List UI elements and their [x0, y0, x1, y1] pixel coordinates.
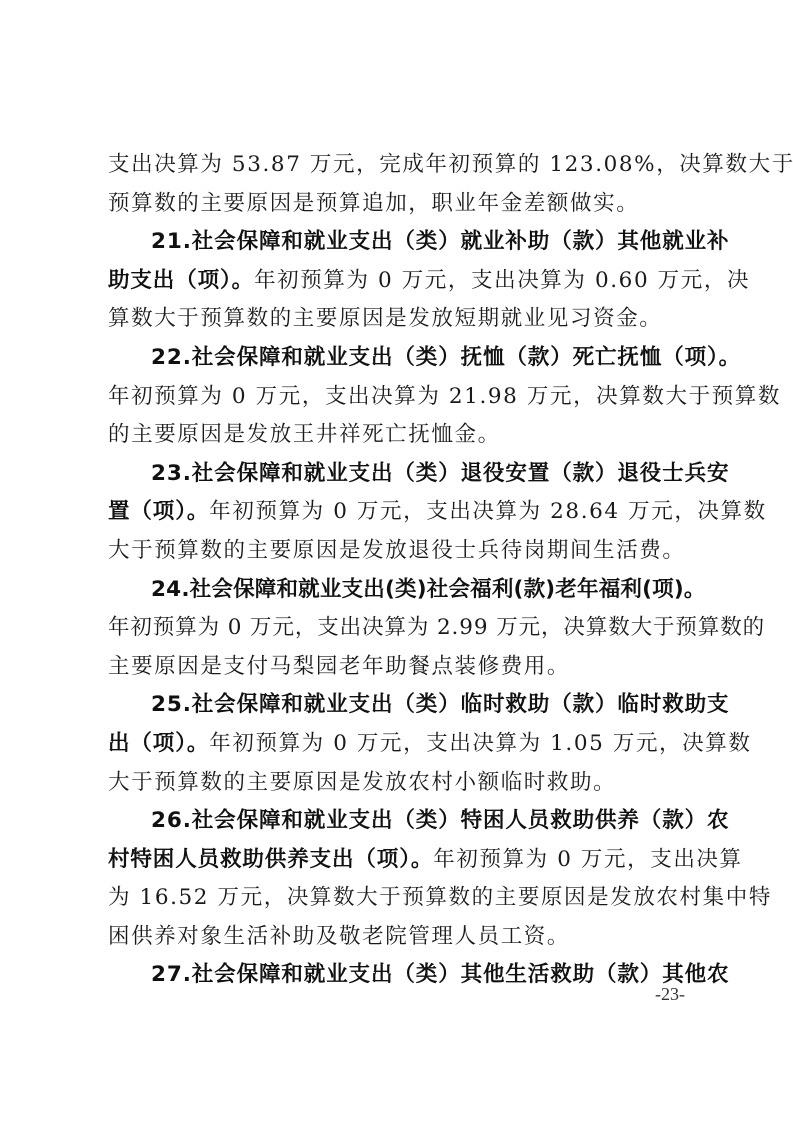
- item-22-body-line: 的主要原因是发放王井祥死亡抚恤金。: [108, 416, 692, 455]
- item-heading-26-cont: 村特困人员救助供养支出（项）。: [108, 847, 433, 872]
- item-26-body-line: 困供养对象生活补助及敬老院管理人员工资。: [108, 918, 692, 957]
- item-heading-23-cont: 置（项）。: [108, 499, 209, 524]
- document-page: 支出决算为 53.87 万元，完成年初预算的 123.08%，决算数大于 预算数…: [108, 146, 692, 995]
- item-23-body: 年初预算为 0 万元，支出决算为 28.64 万元，决算数: [209, 499, 766, 524]
- item-heading-22: 22.社会保障和就业支出（类）抚恤（款）死亡抚恤（项）。: [108, 339, 692, 378]
- item-26-line2: 村特困人员救助供养支出（项）。年初预算为 0 万元，支出决算: [108, 841, 692, 880]
- item-25-line2: 出（项）。年初预算为 0 万元，支出决算为 1.05 万元，决算数: [108, 725, 692, 764]
- page-number: -23-: [655, 984, 685, 1005]
- item-heading-21: 21.社会保障和就业支出（类）就业补助（款）其他就业补: [108, 223, 692, 262]
- text-line: 支出决算为 53.87 万元，完成年初预算的 123.08%，决算数大于: [108, 146, 692, 185]
- item-21-body-line: 算数大于预算数的主要原因是发放短期就业见习资金。: [108, 300, 692, 339]
- item-24-body-line: 年初预算为 0 万元，支出决算为 2.99 万元，决算数大于预算数的: [108, 609, 692, 648]
- item-21-line2: 助支出（项）。年初预算为 0 万元，支出决算为 0.60 万元，决: [108, 262, 692, 301]
- item-heading-24: 24.社会保障和就业支出(类)社会福利(款)老年福利(项)。: [108, 571, 692, 610]
- item-23-body-line: 大于预算数的主要原因是发放退役士兵待岗期间生活费。: [108, 532, 692, 571]
- item-21-body: 年初预算为 0 万元，支出决算为 0.60 万元，决: [254, 268, 750, 293]
- item-23-line2: 置（项）。年初预算为 0 万元，支出决算为 28.64 万元，决算数: [108, 493, 692, 532]
- item-heading-27: 27.社会保障和就业支出（类）其他生活救助（款）其他农: [108, 956, 692, 995]
- item-22-body-line: 年初预算为 0 万元，支出决算为 21.98 万元，决算数大于预算数: [108, 378, 692, 417]
- item-26-body-line: 为 16.52 万元，决算数大于预算数的主要原因是发放农村集中特: [108, 879, 692, 918]
- item-25-body: 年初预算为 0 万元，支出决算为 1.05 万元，决算数: [209, 731, 751, 756]
- item-heading-21-cont: 助支出（项）。: [108, 268, 254, 293]
- item-26-body: 年初预算为 0 万元，支出决算: [433, 847, 742, 872]
- item-heading-26: 26.社会保障和就业支出（类）特困人员救助供养（款）农: [108, 802, 692, 841]
- item-heading-25-cont: 出（项）。: [108, 731, 209, 756]
- item-25-body-line: 大于预算数的主要原因是发放农村小额临时救助。: [108, 764, 692, 803]
- item-heading-25: 25.社会保障和就业支出（类）临时救助（款）临时救助支: [108, 686, 692, 725]
- text-line: 预算数的主要原因是预算追加，职业年金差额做实。: [108, 185, 692, 224]
- item-24-body-line: 主要原因是支付马梨园老年助餐点装修费用。: [108, 648, 692, 687]
- item-heading-23: 23.社会保障和就业支出（类）退役安置（款）退役士兵安: [108, 455, 692, 494]
